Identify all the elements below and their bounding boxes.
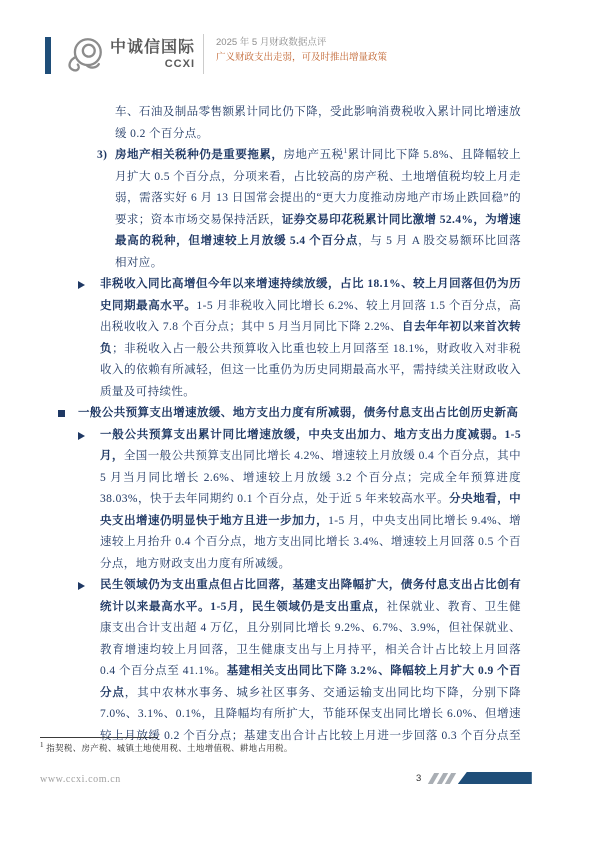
list-number: 3) — [97, 145, 107, 167]
text-run: ；非税收入占一般公共预算收入比重也较上月回落至 18.1%，财政收入对非税收入的… — [100, 343, 521, 398]
footnote-marker: 1 — [40, 741, 44, 749]
website-url[interactable]: www.ccxi.com.cn — [40, 774, 121, 785]
header-meta: 2025 年 5 月财政数据点评 广义财政支出走弱，可及时推出增量政策 — [216, 35, 387, 65]
footer-decoration: 3 — [416, 772, 532, 784]
report-subtitle: 广义财政支出走弱，可及时推出增量政策 — [216, 50, 387, 65]
square-bullet-icon — [58, 410, 65, 417]
elephant-logo-icon — [62, 34, 106, 76]
text-run: 房地产相关税种仍是重要拖累， — [115, 149, 283, 161]
footnote: 1 指契税、房产税、城镇土地使用税、土地增值税、耕地占用税。 — [40, 737, 555, 754]
section-heading: 一般公共预算支出增速放缓、地方支出力度有所减弱，债务付息支出占比创历史新高 — [0, 403, 595, 425]
arrow-bullet-icon — [78, 281, 85, 289]
arrow-bullet-icon — [78, 432, 85, 440]
text-run: ，其中农林水事务、城乡社区事务、交通运输支出同比均下降，分别下降 7.0%、3.… — [100, 687, 521, 743]
brand-block: 中诚信国际 CCXI — [110, 40, 195, 70]
page-footer: www.ccxi.com.cn 3 — [40, 770, 555, 788]
paragraph: 非税收入同比高增但今年以来增速持续放缓，占比 18.1%、较上月回落但仍为历史同… — [0, 274, 595, 403]
body-content: 车、石油及制品零售额累计同比仍下降，受此影响消费税收入累计同比增速放缓 0.2 … — [0, 102, 595, 742]
page-header: 中诚信国际 CCXI 2025 年 5 月财政数据点评 广义财政支出走弱，可及时… — [40, 28, 555, 80]
text-run: 一般公共预算支出增速放缓、地方支出力度有所减弱，债务付息支出占比创历史新高 — [78, 407, 518, 419]
brand-name-en: CCXI — [110, 58, 195, 70]
header-divider — [203, 34, 204, 74]
footer-blue-bar — [458, 772, 532, 784]
header-accent-bar — [45, 37, 51, 74]
text-run: 房地产五税 — [283, 149, 343, 161]
paragraph: 车、石油及制品零售额累计同比仍下降，受此影响消费税收入累计同比增速放缓 0.2 … — [0, 102, 595, 145]
report-page: 中诚信国际 CCXI 2025 年 5 月财政数据点评 广义财政支出走弱，可及时… — [0, 0, 595, 841]
page-number: 3 — [416, 773, 421, 784]
footnote-rule — [40, 737, 158, 738]
footnote-text: 1 指契税、房产税、城镇土地使用税、土地增值税、耕地占用税。 — [40, 742, 555, 754]
text-run: 车、石油及制品零售额累计同比仍下降，受此影响消费税收入累计同比增速放缓 0.2 … — [115, 106, 521, 140]
footnote-body: 指契税、房产税、城镇土地使用税、土地增值税、耕地占用税。 — [46, 743, 292, 753]
report-series-title: 2025 年 5 月财政数据点评 — [216, 35, 387, 50]
paragraph: 民生领域仍为支出重点但占比回落，基建支出降幅扩大，债务付息支出占比创有统计以来最… — [0, 575, 595, 742]
arrow-bullet-icon — [78, 582, 85, 590]
paragraph: 3)房地产相关税种仍是重要拖累，房地产五税1累计同比下降 5.8%、且降幅较上月… — [0, 145, 595, 274]
brand-name-cn: 中诚信国际 — [110, 40, 195, 56]
paragraph: 一般公共预算支出累计同比增速放缓，中央支出加力、地方支出力度减弱。1-5月，全国… — [0, 425, 595, 576]
